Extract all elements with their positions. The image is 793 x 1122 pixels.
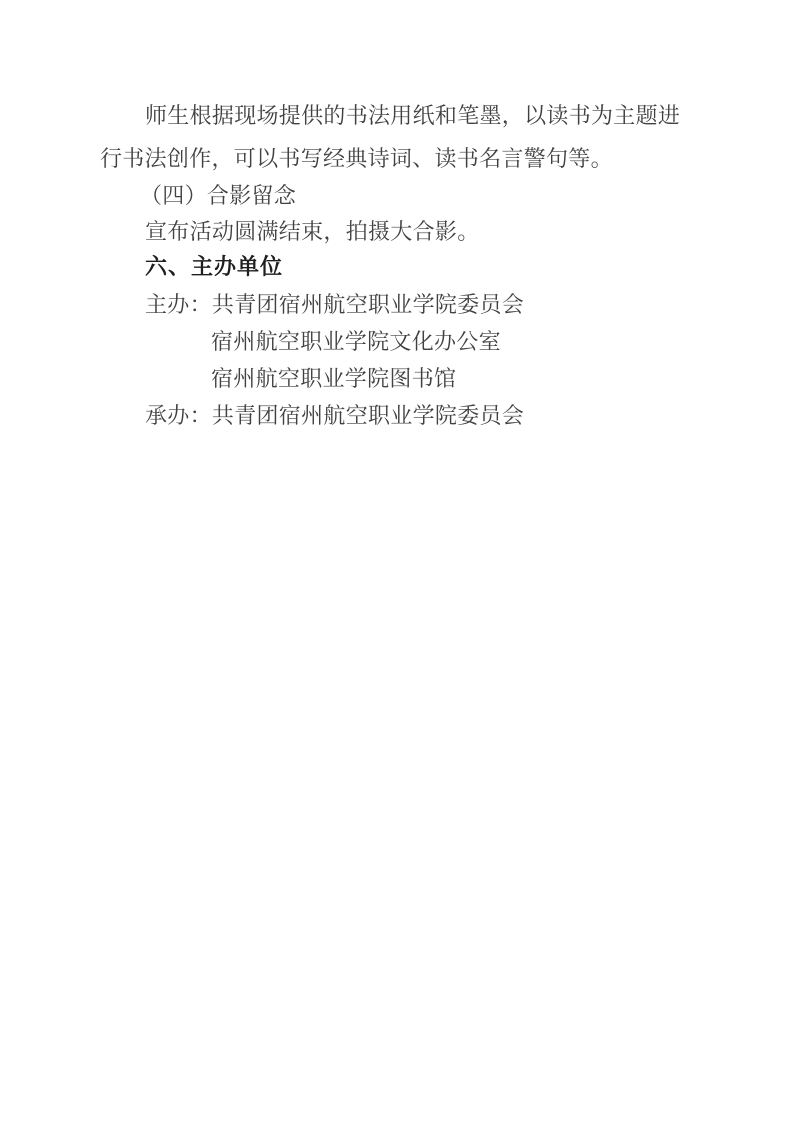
organizer-host-line1: 主办：共青团宿州航空职业学院委员会	[145, 293, 524, 317]
photo-subsection-heading: （四）合影留念	[140, 184, 296, 208]
calligraphy-paragraph-line1: 师生根据现场提供的书法用纸和笔墨，以读书为主题进	[145, 104, 680, 128]
calligraphy-paragraph-line2: 行书法创作，可以书写经典诗词、读书名言警句等。	[100, 147, 613, 171]
organizer-host-line3: 宿州航空职业学院图书馆	[211, 367, 456, 391]
organizer-undertaker-line: 承办：共青团宿州航空职业学院委员会	[145, 404, 524, 428]
photo-subsection-body: 宣布活动圆满结束，拍摄大合影。	[145, 220, 480, 244]
organizer-section-heading: 六、主办单位	[145, 255, 283, 279]
document-page: 师生根据现场提供的书法用纸和笔墨，以读书为主题进 行书法创作，可以书写经典诗词、…	[0, 0, 793, 1122]
organizer-host-line2: 宿州航空职业学院文化办公室	[211, 330, 501, 354]
